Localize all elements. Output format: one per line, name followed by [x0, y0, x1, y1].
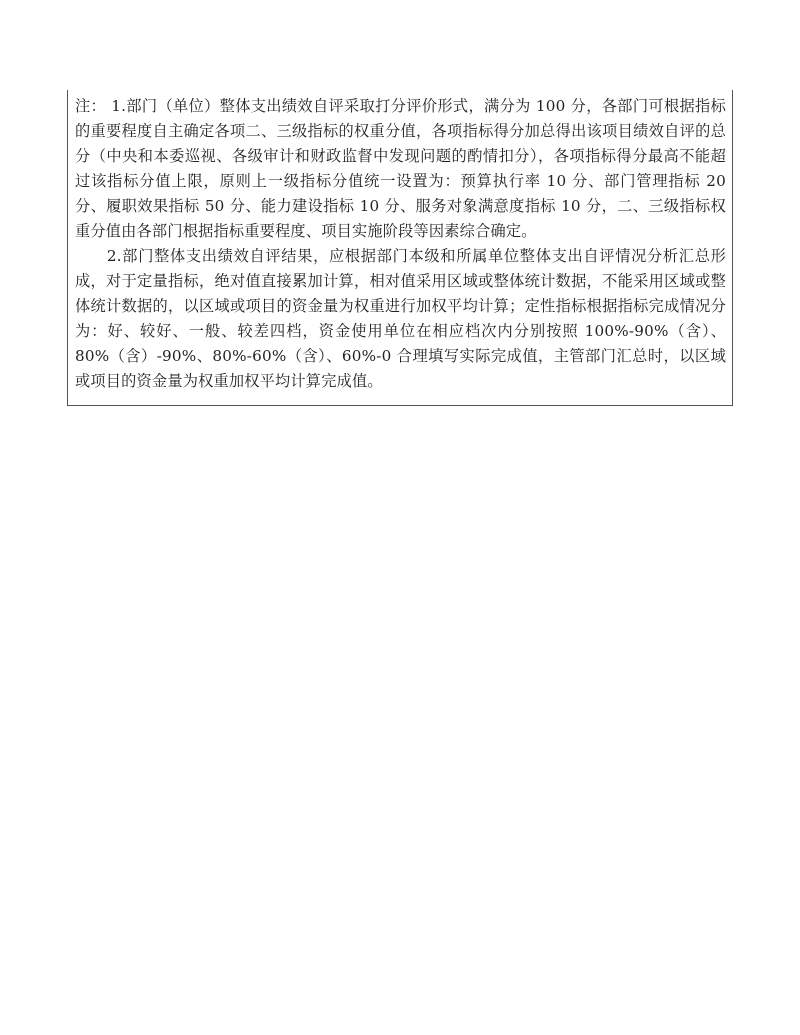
- notes-table-cell: 注： 1.部门（单位）整体支出绩效自评采取打分评价形式，满分为 100 分，各部…: [67, 90, 733, 406]
- note-paragraph-2: 2.部门整体支出绩效自评结果，应根据部门本级和所属单位整体支出自评情况分析汇总形…: [75, 244, 726, 394]
- note-paragraph-1: 注： 1.部门（单位）整体支出绩效自评采取打分评价形式，满分为 100 分，各部…: [75, 94, 726, 244]
